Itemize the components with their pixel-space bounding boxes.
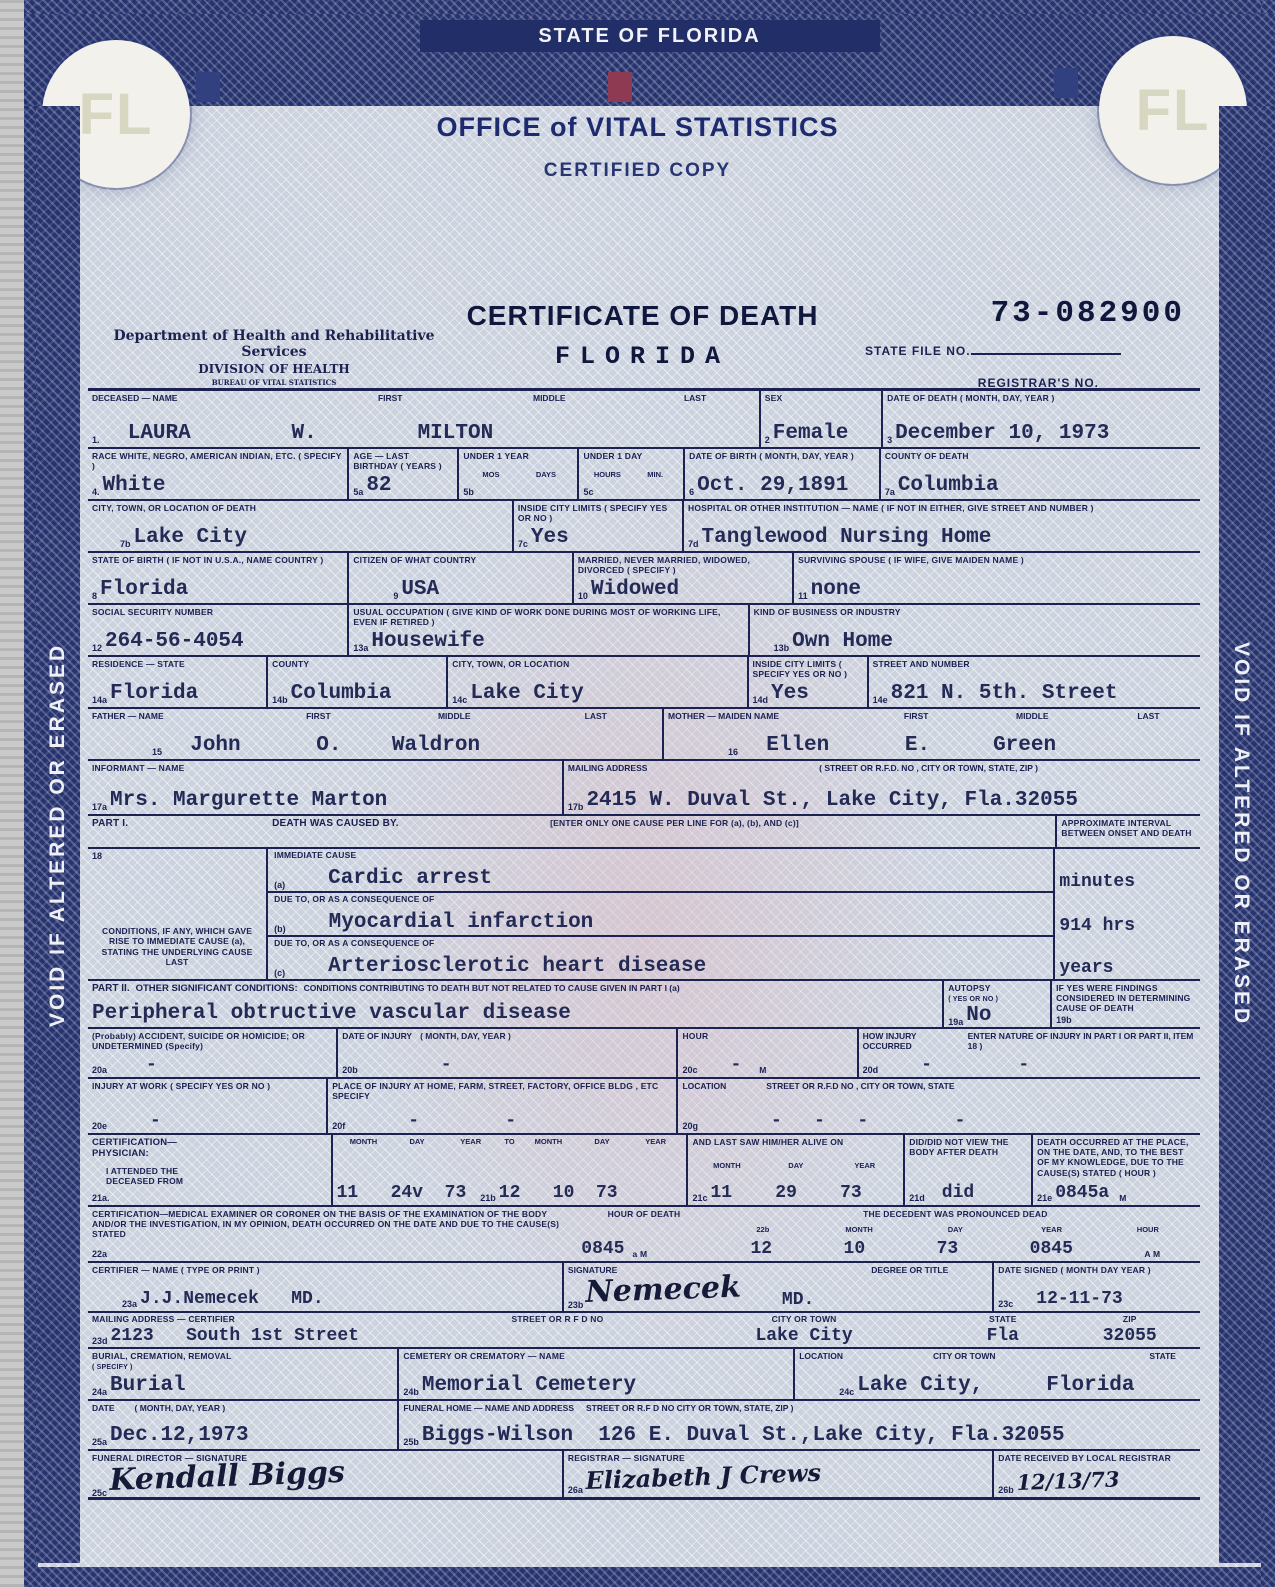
registration-square-right (1054, 68, 1078, 98)
interval-a: minutes (1059, 873, 1135, 892)
cause-a: Cardic arrest (288, 868, 492, 890)
field-date-of-injury: DATE OF INJURY( MONTH, DAY, YEAR ) 20b- (338, 1029, 678, 1077)
date-received-script: 12/13/73 (1016, 1466, 1120, 1495)
field-street-number: STREET AND NUMBER 14e821 N. 5th. Street (869, 657, 1200, 707)
certification-me-label: CERTIFICATION—MEDICAL EXAMINER OR CORONE… (88, 1207, 577, 1261)
field-certifier-name: CERTIFIER — NAME ( TYPE OR PRINT ) 23aJ.… (88, 1263, 564, 1311)
void-text-left: VOID IF ALTERED OR ERASED (36, 106, 80, 1563)
field-citizen-of-country: CITIZEN OF WHAT COUNTRY 9USA (349, 553, 574, 603)
border-bottom (24, 1567, 1275, 1587)
field-occupation: USUAL OCCUPATION ( GIVE KIND OF WORK DON… (349, 605, 749, 655)
death-certificate-page: STATE OF FLORIDA FL FL OFFICE of VITAL S… (0, 0, 1275, 1587)
field-funeral-home: FUNERAL HOME — NAME AND ADDRESS STREET O… (399, 1401, 1200, 1449)
part1-causes: IMMEDIATE CAUSE (a)Cardic arrest DUE TO,… (268, 849, 1055, 979)
field-marital-status: MARRIED, NEVER MARRIED, WIDOWED, DIVORCE… (574, 553, 794, 603)
field-hour-of-death: HOUR OF DEATH 0845 a M (577, 1207, 710, 1261)
field-registrar-signature: REGISTRAR — SIGNATURE 26a Elizabeth J Cr… (564, 1451, 994, 1497)
field-race: RACE WHITE, NEGRO, AMERICAN INDIAN, ETC.… (88, 449, 349, 499)
field-autopsy: AUTOPSY( YES OR NO ) 19aNo (944, 981, 1052, 1027)
field-burial-type: BURIAL, CREMATION, REMOVAL( SPECIFY ) 24… (88, 1349, 399, 1399)
field-certifier-mailing: MAILING ADDRESS — CERTIFIER 23d2123 Sout… (88, 1313, 1200, 1347)
part1-label: PART I. (88, 816, 268, 847)
field-death-occurred-hour: DEATH OCCURRED AT THE PLACE, ON THE DATE… (1033, 1135, 1200, 1205)
field-accident-suicide: (Probably) ACCIDENT, SUICIDE OR HOMICIDE… (88, 1029, 338, 1077)
void-band-left: VOID IF ALTERED OR ERASED (36, 106, 80, 1563)
part2-value: Peripheral obtructive vascular disease (92, 1003, 571, 1025)
field-how-injury-occurred: HOW INJURY OCCURREDENTER NATURE OF INJUR… (859, 1029, 1200, 1077)
void-text-right: VOID IF ALTERED OR ERASED (1219, 106, 1263, 1563)
field-cemetery-location: LOCATION CITY OR TOWN STATE 24cLake City… (795, 1349, 1200, 1399)
interval-b: 914 hrs (1059, 917, 1135, 936)
field-industry: KIND OF BUSINESS OR INDUSTRY 13bOwn Home (750, 605, 1200, 655)
field-sex: SEX 2Female (761, 391, 883, 447)
field-attended-from-to: MONTHDAYYEAR TO MONTHDAYYEAR 11 24v 73 2… (333, 1135, 689, 1205)
field-ssn: SOCIAL SECURITY NUMBER 12264-56-4054 (88, 605, 349, 655)
field-funeral-director-signature: FUNERAL DIRECTOR — SIGNATURE 25c Kendall… (88, 1451, 564, 1497)
cause-b: Myocardial infarction (289, 912, 594, 934)
field-place-of-injury: PLACE OF INJURY AT HOME, FARM, STREET, F… (328, 1079, 678, 1133)
certifier-signature-script: Nemecek (585, 1270, 742, 1310)
conditions-note: CONDITIONS, IF ANY, WHICH GAVE RISE TO I… (92, 926, 262, 977)
void-band-right: VOID IF ALTERED OR ERASED (1219, 106, 1263, 1563)
field-residence-county: COUNTY 14bColumbia (268, 657, 448, 707)
field-date-signed: DATE SIGNED ( MONTH DAY YEAR ) 23c12-11-… (994, 1263, 1200, 1311)
field-father-name: FATHER — NAME FIRST MIDDLE LAST 15 John … (88, 709, 664, 759)
field-injury-at-work: INJURY AT WORK ( SPECIFY YES OR NO ) 20e… (88, 1079, 328, 1133)
funeral-director-script: Kendall Biggs (109, 1455, 346, 1497)
part1-conditions-cell: 18 CONDITIONS, IF ANY, WHICH GAVE RISE T… (88, 849, 268, 979)
part2-conditions: PART II. OTHER SIGNIFICANT CONDITIONS: C… (88, 981, 944, 1027)
field-county-of-death: COUNTY OF DEATH 7aColumbia (881, 449, 1200, 499)
field-last-saw-alive: AND LAST SAW HIM/HER ALIVE ON MONTHDAYYE… (688, 1135, 905, 1205)
field-hour-of-injury: HOUR 20c- M (678, 1029, 858, 1077)
registrar-script: Elizabeth J Crews (585, 1458, 821, 1495)
field-deceased-name: DECEASED — NAME FIRST MIDDLE LAST 1. LAU… (88, 391, 761, 447)
state-file-no: STATE FILE NO. (865, 344, 1195, 358)
part1-enter-note: [ENTER ONLY ONE CAUSE PER LINE FOR (a), … (546, 816, 1055, 847)
field-certifier-signature: SIGNATURE DEGREE OR TITLE 23b Nemecek MD… (564, 1263, 994, 1311)
field-city-of-death: CITY, TOWN, OR LOCATION OF DEATH 7bLake … (88, 501, 514, 551)
field-under-1-year: UNDER 1 YEAR MOSDAYS 5b (459, 449, 579, 499)
certified-copy-label: CERTIFIED COPY (0, 160, 1275, 182)
certificate-form: DECEASED — NAME FIRST MIDDLE LAST 1. LAU… (88, 388, 1200, 1500)
field-injury-location: LOCATIONSTREET OR R.F.D NO , CITY OR TOW… (678, 1079, 1200, 1133)
field-residence-state: RESIDENCE — STATE 14aFlorida (88, 657, 268, 707)
field-hospital: HOSPITAL OR OTHER INSTITUTION — NAME ( I… (684, 501, 1200, 551)
field-inside-city-limits-death: INSIDE CITY LIMITS ( SPECIFY YES OR NO )… (514, 501, 684, 551)
field-age: AGE — LAST BIRTHDAY ( YEARS ) 5a82 (349, 449, 459, 499)
state-of-florida-band: STATE OF FLORIDA (420, 20, 880, 52)
field-date-of-death: DATE OF DEATH ( MONTH, DAY, YEAR ) 3Dece… (883, 391, 1200, 447)
state-band-text: STATE OF FLORIDA (538, 25, 760, 48)
dept-line3: BUREAU OF VITAL STATISTICS (94, 378, 454, 387)
cause-c: Arteriosclerotic heart disease (288, 956, 706, 978)
field-mother-name: MOTHER — MAIDEN NAME FIRST MIDDLE LAST 1… (664, 709, 1200, 759)
field-residence-limits: INSIDE CITY LIMITS ( SPECIFY YES OR NO )… (749, 657, 869, 707)
registration-square-center (608, 72, 632, 102)
field-viewed-body: DID/DID NOT VIEW THE BODY AFTER DEATH 21… (905, 1135, 1033, 1205)
field-disposition-date: DATE( MONTH, DAY, YEAR ) 25aDec.12,1973 (88, 1401, 399, 1449)
field-under-1-day: UNDER 1 DAY HOURSMIN. 5c (579, 449, 685, 499)
registration-square-left (196, 72, 220, 102)
field-state-of-birth: STATE OF BIRTH ( IF NOT IN U.S.A., NAME … (88, 553, 349, 603)
part1-interval-header: APPROXIMATE INTERVAL BETWEEN ONSET AND D… (1055, 816, 1200, 847)
field-pronounced-dead: THE DECEDENT WAS PRONOUNCED DEAD 22bMONT… (711, 1207, 1200, 1261)
border-right (1261, 0, 1275, 1587)
field-autopsy-findings: IF YES WERE FINDINGS CONSIDERED IN DETER… (1052, 981, 1200, 1027)
title-block: Department of Health and Rehabilitative … (90, 300, 1195, 388)
field-residence-city: CITY, TOWN, OR LOCATION 14cLake City (448, 657, 748, 707)
office-title: OFFICE of VITAL STATISTICS (0, 112, 1275, 143)
field-date-of-birth: DATE OF BIRTH ( MONTH, DAY, YEAR ) 6Oct.… (685, 449, 881, 499)
field-informant: INFORMANT — NAME 17aMrs. Margurette Mart… (88, 761, 564, 814)
field-informant-mailing-address: MAILING ADDRESS ( STREET OR R.F.D. NO , … (564, 761, 1200, 814)
part1-caused-by: DEATH WAS CAUSED BY. (268, 816, 546, 847)
field-cemetery: CEMETERY OR CREMATORY — NAME 24bMemorial… (399, 1349, 795, 1399)
interval-c: years (1059, 959, 1113, 978)
certification-physician-label: CERTIFICATION—PHYSICIAN: I ATTENDED THED… (88, 1135, 333, 1205)
scan-edge (0, 0, 24, 1587)
certificate-number: 73-082900 (991, 296, 1185, 331)
field-date-received: DATE RECEIVED BY LOCAL REGISTRAR 26b 12/… (994, 1451, 1200, 1497)
field-surviving-spouse: SURVIVING SPOUSE ( IF WIFE, GIVE MAIDEN … (794, 553, 1200, 603)
part1-intervals: minutes 914 hrs years (1055, 849, 1200, 979)
